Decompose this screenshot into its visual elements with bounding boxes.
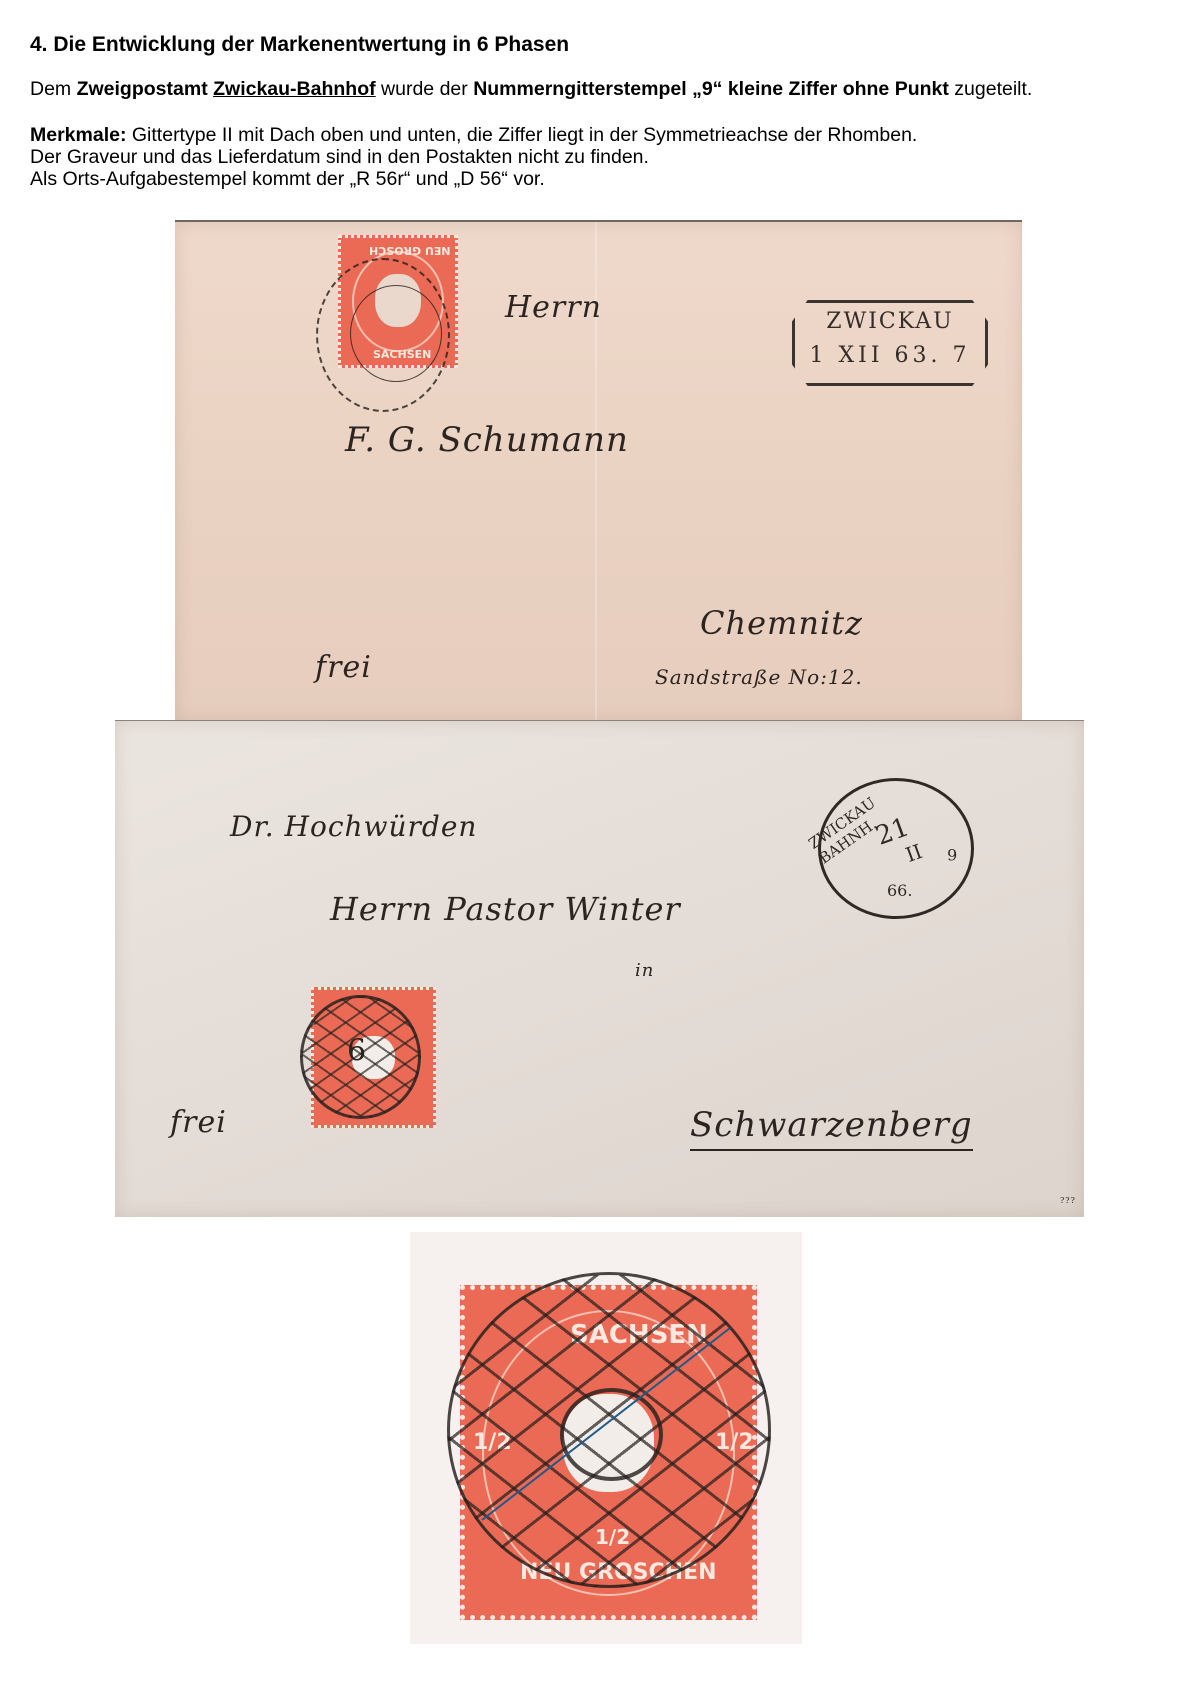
intro-paragraph: Dem Zweigpostamt Zwickau-Bahnhof wurde d… bbox=[30, 78, 1032, 100]
postmark-town: ZWICKAU bbox=[795, 309, 985, 334]
office-type: Zweigpostamt bbox=[77, 78, 208, 100]
page-title: 4. Die Entwicklung der Markenentwertung … bbox=[30, 34, 569, 56]
cover2-address-line3: in bbox=[635, 960, 654, 981]
cover1-city: Chemnitz bbox=[700, 604, 863, 642]
intro-prefix: Dem bbox=[30, 78, 77, 100]
intro-suffix: zugeteilt. bbox=[949, 78, 1032, 100]
office-name: Zwickau-Bahnhof bbox=[213, 78, 376, 100]
features-text-1: Gittertype II mit Dach oben und unten, d… bbox=[126, 124, 917, 146]
postmark-month: II bbox=[902, 839, 925, 867]
intro-middle: wurde der bbox=[376, 78, 474, 100]
cover2-corner-mark: ??? bbox=[1060, 1196, 1076, 1205]
cover1-franking: frei bbox=[315, 650, 372, 685]
cover1-street: Sandstraße No:12. bbox=[655, 665, 863, 689]
cover2-address-line2: Herrn Pastor Winter bbox=[330, 890, 681, 928]
features-line-3: Als Orts-Aufgabestempel kommt der „R 56r… bbox=[30, 168, 917, 190]
cover2-address-line1: Dr. Hochwürden bbox=[230, 810, 477, 843]
cover1-recipient: F. G. Schumann bbox=[345, 420, 629, 460]
cover2-cancel-numeral: 9 bbox=[347, 1030, 366, 1065]
cover1-salutation: Herrn bbox=[505, 290, 602, 325]
features-line-1: Merkmale: Gittertype II mit Dach oben un… bbox=[30, 124, 917, 146]
stamp-top-text: NEU GROSCH bbox=[369, 244, 451, 257]
cover2-city: Schwarzenberg bbox=[690, 1105, 973, 1151]
cover1-cancel-inner bbox=[350, 285, 442, 382]
postmark-hour: 6 bbox=[947, 845, 957, 864]
cover1-postmark-box: ZWICKAU 1 XII 63. 7 bbox=[792, 300, 988, 386]
features-paragraph: Merkmale: Gittertype II mit Dach oben un… bbox=[30, 124, 917, 190]
cover2-franking: frei bbox=[170, 1105, 227, 1140]
cover2-postmark-round: ZWICKAU BAHNH. 21 II 6 66. bbox=[818, 778, 974, 919]
postmark-date: 1 XII 63. 7 bbox=[795, 343, 985, 368]
features-label: Merkmale: bbox=[30, 124, 126, 146]
postmark-year: 66. bbox=[887, 881, 912, 900]
detail-cancel-inner-ring bbox=[560, 1388, 663, 1481]
stamp-description: Nummerngitterstempel „9“ kleine Ziffer o… bbox=[473, 78, 949, 100]
features-line-2: Der Graveur und das Lieferdatum sind in … bbox=[30, 146, 917, 168]
